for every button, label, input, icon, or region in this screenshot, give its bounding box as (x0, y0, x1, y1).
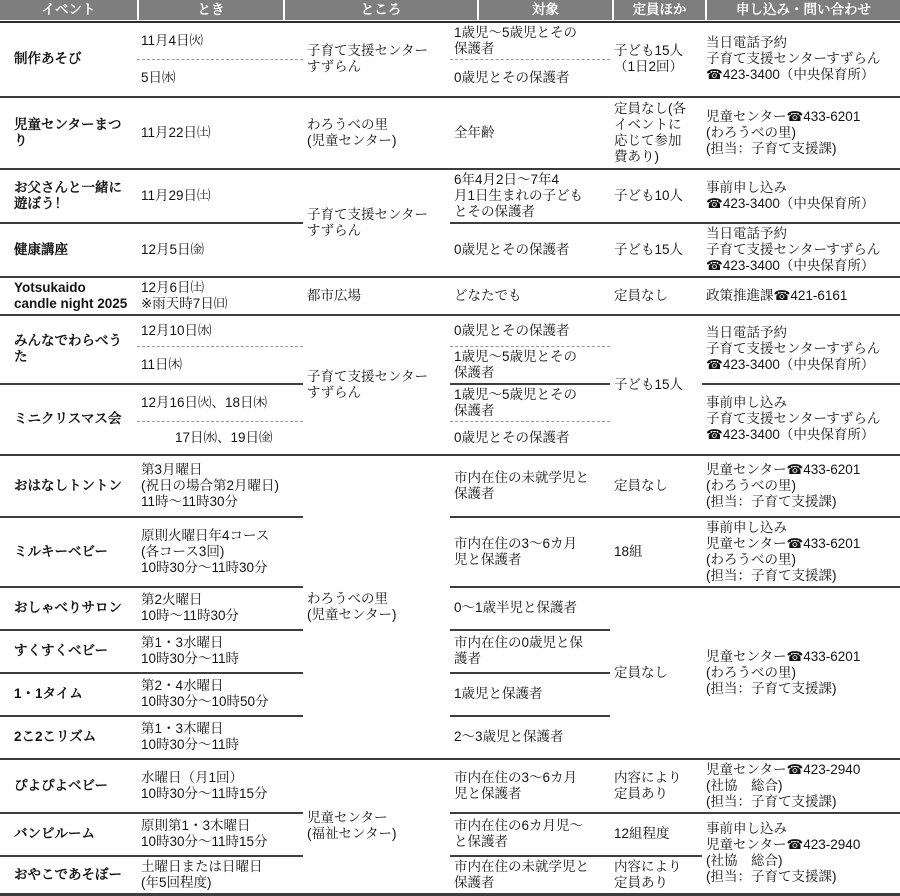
event-capacity: 定員なし (610, 587, 702, 759)
event-name: 2こ2こリズム (0, 716, 137, 759)
event-name: ぴよぴよベビー (0, 759, 137, 813)
event-target: 6年4月2日～7年4 月1日生まれの子ども とその保護者 (450, 169, 610, 223)
table-row: 児童センターまつり 11月22日㈯ わろうべの里 (児童センター) 全年齢 定員… (0, 97, 900, 169)
event-time: 水曜日（月1回） 10時30分～11時15分 (137, 759, 303, 813)
event-place: 都市広場 (303, 277, 450, 315)
event-target: 全年齢 (450, 97, 610, 169)
event-name: みんなでわらべうた (0, 315, 137, 385)
event-time: 第2・4水曜日 10時30分～10時50分 (137, 673, 303, 716)
event-name: 制作あそび (0, 23, 137, 97)
event-time: 11月4日㈫ (137, 23, 303, 60)
column-header-capacity: 定員ほか (612, 0, 705, 20)
event-place: 児童センター (福祉センター) (303, 759, 450, 895)
event-contact: 事前申し込み 子育て支援センターすずらん ☎423-3400（中央保育所） (702, 384, 900, 455)
table-row: バンビルーム 原則第1・3木曜日 10時30分～11時15分 市内在住の6カ月児… (0, 813, 900, 856)
event-place: わろうべの里 (児童センター) (303, 97, 450, 169)
table-row: Yotsukaido candle night 2025 12月6日㈯ ※雨天時… (0, 277, 900, 315)
event-capacity: 子ども15人 (610, 315, 702, 455)
event-contact: 政策推進課☎421-6161 (702, 277, 900, 315)
event-target: 0歳児とその保護者 (450, 223, 610, 277)
event-time: 原則第1・3木曜日 10時30分～11時15分 (137, 813, 303, 856)
event-time: 11月22日㈯ (137, 97, 303, 169)
event-place: 子育て支援センター すずらん (303, 169, 450, 277)
column-header-contact: 申し込み・問い合わせ (705, 0, 900, 20)
event-target: 市内在住の6カ月児～ と保護者 (450, 813, 610, 856)
event-target: 市内在住の3～6カ月 児と保護者 (450, 517, 610, 587)
event-target: 市内在住の0歳児と保 護者 (450, 630, 610, 673)
column-header-event: イベント (0, 0, 137, 20)
table-row: みんなでわらべうた 12月10日㈬ 子育て支援センター すずらん 0歳児とその保… (0, 315, 900, 347)
event-name: おやこであそぼー (0, 856, 137, 895)
table-row: 健康講座 12月5日㈮ 0歳児とその保護者 子ども15人 当日電話予約 子育て支… (0, 223, 900, 277)
event-name: バンビルーム (0, 813, 137, 856)
event-time: 17日㈬、19日㈮ (137, 422, 303, 455)
event-time: 第1・3木曜日 10時30分～11時 (137, 716, 303, 759)
event-name: 児童センターまつり (0, 97, 137, 169)
event-name: Yotsukaido candle night 2025 (0, 277, 137, 315)
column-header-target: 対象 (477, 0, 612, 20)
event-contact: 当日電話予約 子育て支援センターすずらん ☎423-3400（中央保育所） (702, 23, 900, 97)
event-name: お父さんと一緒に 遊ぼう！ (0, 169, 137, 223)
event-time: 11日㈭ (137, 347, 303, 385)
event-contact: 児童センター☎433-6201 (わろうべの里) (担当：子育て支援課) (702, 587, 900, 759)
event-capacity: 定員なし (610, 277, 702, 315)
event-time: 11月29日㈯ (137, 169, 303, 223)
event-contact: 事前申し込み 児童センター☎433-6201 (わろうべの里) (担当：子育て支… (702, 517, 900, 587)
table-row: ぴよぴよベビー 水曜日（月1回） 10時30分～11時15分 児童センター (福… (0, 759, 900, 813)
event-capacity: 12組程度 (610, 813, 702, 856)
event-name: ミルキーベビー (0, 517, 137, 587)
column-header-where: ところ (283, 0, 477, 20)
event-target: 0歳児とその保護者 (450, 422, 610, 455)
event-contact: 児童センター☎423-2940 (社協 総合) (担当：子育て支援課) (702, 759, 900, 813)
event-target: どなたでも (450, 277, 610, 315)
event-place: わろうべの里 (児童センター) (303, 455, 450, 759)
event-time: 第2火曜日 10時～11時30分 (137, 587, 303, 630)
event-time: 12月16日㈫、18日㈭ (137, 384, 303, 422)
table-header: イベント とき ところ 対象 定員ほか 申し込み・問い合わせ (0, 0, 900, 23)
event-time: 12月5日㈮ (137, 223, 303, 277)
event-name: 健康講座 (0, 223, 137, 277)
event-target: 0～1歳半児と保護者 (450, 587, 610, 630)
event-time: 原則火曜日年4コース (各コース3回) 10時30分～11時30分 (137, 517, 303, 587)
event-capacity: 内容により 定員あり (610, 759, 702, 813)
event-target: 1歳児～5歳児とその 保護者 (450, 347, 610, 385)
event-target: 1歳児と保護者 (450, 673, 610, 716)
event-capacity: 内容により 定員あり (610, 856, 702, 895)
column-header-when: とき (137, 0, 283, 20)
event-name: すくすくベビー (0, 630, 137, 673)
event-name: 1・1タイム (0, 673, 137, 716)
event-time: 12月6日㈯ ※雨天時7日㈰ (137, 277, 303, 315)
event-contact: 事前申し込み 児童センター☎423-2940 (社協 総合) (担当：子育て支援… (702, 813, 900, 895)
event-contact: 当日電話予約 子育て支援センターすずらん ☎423-3400（中央保育所） (702, 223, 900, 277)
table-row: おしゃべりサロン 第2火曜日 10時～11時30分 0～1歳半児と保護者 定員な… (0, 587, 900, 630)
event-time: 5日㈬ (137, 60, 303, 97)
event-time: 第3月曜日 (祝日の場合第2月曜日) 11時～11時30分 (137, 455, 303, 517)
events-table: 制作あそび 11月4日㈫ 子育て支援センター すずらん 1歳児～5歳児とその 保… (0, 23, 900, 896)
event-target: 市内在住の未就学児と 保護者 (450, 856, 610, 895)
event-name: おはなしトントン (0, 455, 137, 517)
event-time: 第1・3水曜日 10時30分～11時 (137, 630, 303, 673)
event-target: 1歳児～5歳児とその 保護者 (450, 384, 610, 422)
table-row: ミニクリスマス会 12月16日㈫、18日㈭ 1歳児～5歳児とその 保護者 事前申… (0, 384, 900, 422)
event-place: 子育て支援センター すずらん (303, 23, 450, 97)
event-capacity: 子ども15人 （1日2回） (610, 23, 702, 97)
event-capacity: 子ども10人 (610, 169, 702, 223)
event-target: 市内在住の未就学児と 保護者 (450, 455, 610, 517)
event-target: 0歳児とその保護者 (450, 315, 610, 347)
event-name: おしゃべりサロン (0, 587, 137, 630)
event-time: 12月10日㈬ (137, 315, 303, 347)
event-target: 0歳児とその保護者 (450, 60, 610, 97)
table-row: 制作あそび 11月4日㈫ 子育て支援センター すずらん 1歳児～5歳児とその 保… (0, 23, 900, 60)
table-row: おはなしトントン 第3月曜日 (祝日の場合第2月曜日) 11時～11時30分 わ… (0, 455, 900, 517)
event-contact: 事前申し込み ☎423-3400（中央保育所） (702, 169, 900, 223)
event-capacity: 定員なし(各 イベントに 応じて参加 費あり) (610, 97, 702, 169)
event-target: 2～3歳児と保護者 (450, 716, 610, 759)
table-row: ミルキーベビー 原則火曜日年4コース (各コース3回) 10時30分～11時30… (0, 517, 900, 587)
event-target: 1歳児～5歳児とその 保護者 (450, 23, 610, 60)
event-target: 市内在住の3～6カ月 児と保護者 (450, 759, 610, 813)
event-capacity: 子ども15人 (610, 223, 702, 277)
event-capacity: 18組 (610, 517, 702, 587)
event-time: 土曜日または日曜日 (年5回程度) (137, 856, 303, 895)
event-place: 子育て支援センター すずらん (303, 315, 450, 455)
event-contact: 児童センター☎433-6201 (わろうべの里) (担当：子育て支援課) (702, 455, 900, 517)
event-capacity: 定員なし (610, 455, 702, 517)
event-contact: 児童センター☎433-6201 (わろうべの里) (担当：子育て支援課) (702, 97, 900, 169)
table-row: お父さんと一緒に 遊ぼう！ 11月29日㈯ 子育て支援センター すずらん 6年4… (0, 169, 900, 223)
event-name: ミニクリスマス会 (0, 384, 137, 455)
event-contact: 当日電話予約 子育て支援センターすずらん ☎423-3400（中央保育所） (702, 315, 900, 385)
